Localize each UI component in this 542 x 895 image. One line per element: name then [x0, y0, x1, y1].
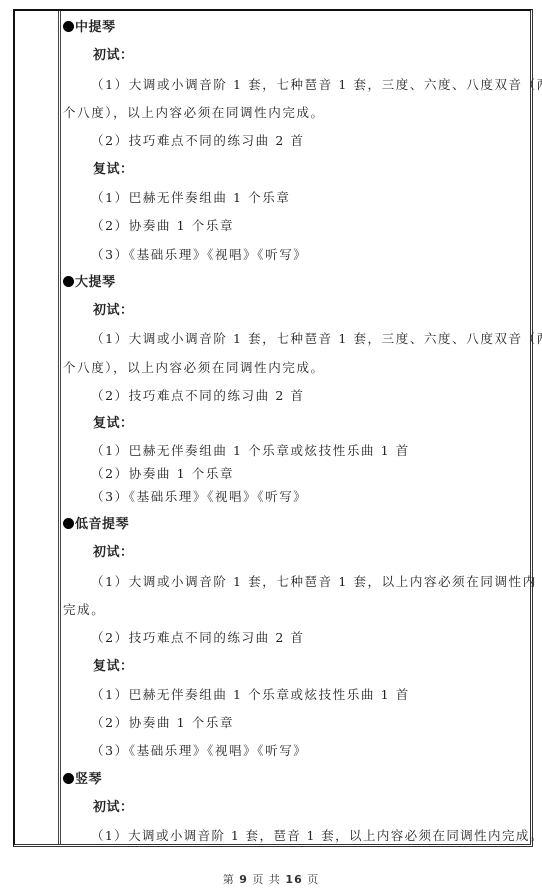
initial-exam-label: 初试： [93, 303, 134, 319]
list-item: （2）技巧难点不同的练习曲 2 首 [91, 133, 305, 149]
list-item-continuation: 个八度），以上内容必须在同调性内完成。 [63, 360, 325, 376]
list-item: （1）巴赫无伴奏组曲 1 个乐章或炫技性乐曲 1 首 [91, 443, 410, 459]
list-item: （3）《基础乐理》《视唱》《听写》 [91, 489, 307, 505]
bullet-icon [63, 21, 74, 32]
section-title-double-bass: 低音提琴 [63, 517, 129, 533]
bullet-icon [63, 518, 74, 529]
list-item: （1）大调或小调音阶 1 套，七种琶音 1 套，三度、六度、八度双音（两 [91, 331, 542, 347]
content-column: 中提琴 初试： （1）大调或小调音阶 1 套，七种琶音 1 套，三度、六度、八度… [63, 11, 530, 844]
section-title-harp: 竖琴 [63, 772, 102, 788]
list-item: （2）技巧难点不同的练习曲 2 首 [91, 388, 305, 404]
requirements-table: 中提琴 初试： （1）大调或小调音阶 1 套，七种琶音 1 套，三度、六度、八度… [13, 9, 533, 847]
list-item: （2）协奏曲 1 个乐章 [91, 715, 234, 731]
current-page-number: 9 [239, 873, 248, 886]
list-item-continuation: 个八度），以上内容必须在同调性内完成。 [63, 105, 325, 121]
initial-exam-label: 初试： [93, 545, 134, 561]
list-item: （1）大调或小调音阶 1 套，琶音 1 套，以上内容必须在同调性内完成。 [91, 828, 542, 844]
list-item: （2）技巧难点不同的练习曲 2 首 [91, 630, 305, 646]
category-column [15, 11, 61, 844]
page-footer: 第 9 页 共 16 页 [0, 871, 542, 887]
list-item: （2）协奏曲 1 个乐章 [91, 466, 234, 482]
list-item: （1）大调或小调音阶 1 套，七种琶音 1 套，三度、六度、八度双音（两 [91, 77, 542, 93]
list-item-continuation: 完成。 [63, 602, 105, 618]
section-title-viola: 中提琴 [63, 20, 116, 36]
final-exam-label: 复试： [93, 416, 134, 432]
list-item: （3）《基础乐理》《视唱》《听写》 [91, 247, 307, 263]
total-page-count: 16 [285, 873, 302, 886]
list-item: （1）巴赫无伴奏组曲 1 个乐章或炫技性乐曲 1 首 [91, 687, 410, 703]
final-exam-label: 复试： [93, 659, 134, 675]
list-item: （2）协奏曲 1 个乐章 [91, 218, 234, 234]
initial-exam-label: 初试： [93, 48, 134, 64]
initial-exam-label: 初试： [93, 800, 134, 816]
bullet-icon [63, 276, 74, 287]
list-item: （3）《基础乐理》《视唱》《听写》 [91, 743, 307, 759]
list-item: （1）大调或小调音阶 1 套，七种琶音 1 套，以上内容必须在同调性内 [91, 574, 537, 590]
final-exam-label: 复试： [93, 162, 134, 178]
list-item: （1）巴赫无伴奏组曲 1 个乐章 [91, 190, 290, 206]
section-title-cello: 大提琴 [63, 275, 116, 291]
bullet-icon [63, 773, 74, 784]
